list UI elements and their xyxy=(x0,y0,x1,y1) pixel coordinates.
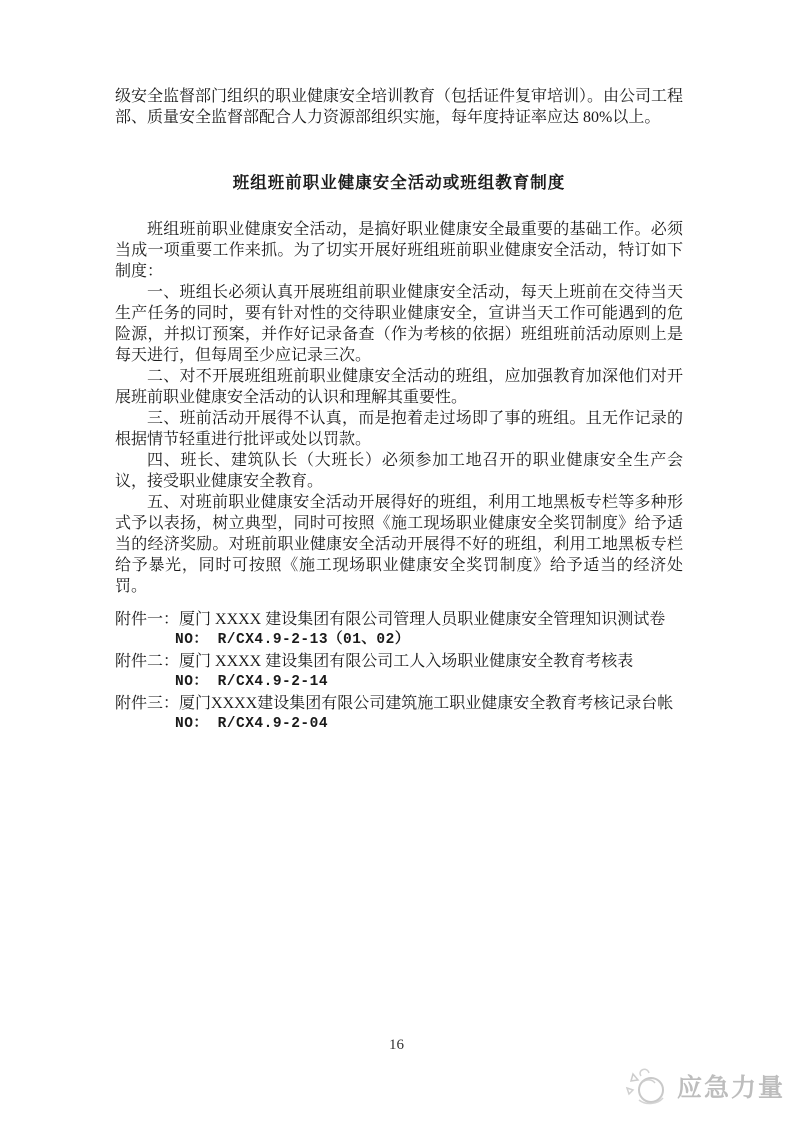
paragraph-clause-4: 四、班长、建筑队长（大班长）必须参加工地召开的职业健康安全生产会议，接受职业健康… xyxy=(115,450,683,492)
attachment-label: 附件一： xyxy=(115,609,179,630)
attachment-label: 附件二： xyxy=(115,651,179,672)
attachment-title: 厦门 XXXX 建设集团有限公司管理人员职业健康安全管理知识测试卷 xyxy=(179,609,683,630)
attachment-item-2: 附件二： 厦门 XXXX 建设集团有限公司工人入场职业健康安全教育考核表 NO：… xyxy=(115,651,683,693)
page-number: 16 xyxy=(0,1037,793,1054)
attachment-title: 厦门 XXXX 建设集团有限公司工人入场职业健康安全教育考核表 xyxy=(179,651,683,672)
document-content: 级安全监督部门组织的职业健康安全培训教育（包括证件复审培训）。由公司工程部、质量… xyxy=(115,86,683,735)
paragraph-clause-1: 一、班组长必须认真开展班组前职业健康安全活动，每天上班前在交待当天生产任务的同时… xyxy=(115,282,683,366)
document-page: 级安全监督部门组织的职业健康安全培训教育（包括证件复审培训）。由公司工程部、质量… xyxy=(0,0,793,1122)
paragraph-clause-5: 五、对班前职业健康安全活动开展得好的班组，利用工地黑板专栏等多种形式予以表扬，树… xyxy=(115,492,683,597)
attachment-item-1: 附件一： 厦门 XXXX 建设集团有限公司管理人员职业健康安全管理知识测试卷 N… xyxy=(115,609,683,651)
attachment-doc-number: NO： R/CX4.9-2-04 xyxy=(115,714,683,735)
paragraph-clause-3: 三、班前活动开展得不认真，而是抱着走过场即了事的班组。且无作记录的根据情节轻重进… xyxy=(115,408,683,450)
attachment-doc-number: NO： R/CX4.9-2-13（01、02） xyxy=(115,630,683,651)
paragraph-intro: 班组班前职业健康安全活动，是搞好职业健康安全最重要的基础工作。必须当成一项重要工… xyxy=(115,219,683,282)
attachment-doc-number: NO： R/CX4.9-2-14 xyxy=(115,672,683,693)
attachments-list: 附件一： 厦门 XXXX 建设集团有限公司管理人员职业健康安全管理知识测试卷 N… xyxy=(115,609,683,735)
emergency-power-logo-icon xyxy=(619,1064,673,1108)
paragraph-clause-2: 二、对不开展班组班前职业健康安全活动的班组，应加强教育加深他们对开展班前职业健康… xyxy=(115,366,683,408)
section-heading: 班组班前职业健康安全活动或班组教育制度 xyxy=(115,172,683,193)
watermark: 应急力量 xyxy=(619,1064,785,1108)
attachment-label: 附件三： xyxy=(115,693,179,714)
attachment-item-3: 附件三： 厦门XXXX建设集团有限公司建筑施工职业健康安全教育考核记录台帐 NO… xyxy=(115,693,683,735)
attachment-title: 厦门XXXX建设集团有限公司建筑施工职业健康安全教育考核记录台帐 xyxy=(179,693,683,714)
continuation-paragraph: 级安全监督部门组织的职业健康安全培训教育（包括证件复审培训）。由公司工程部、质量… xyxy=(115,86,683,128)
watermark-text: 应急力量 xyxy=(677,1068,785,1104)
